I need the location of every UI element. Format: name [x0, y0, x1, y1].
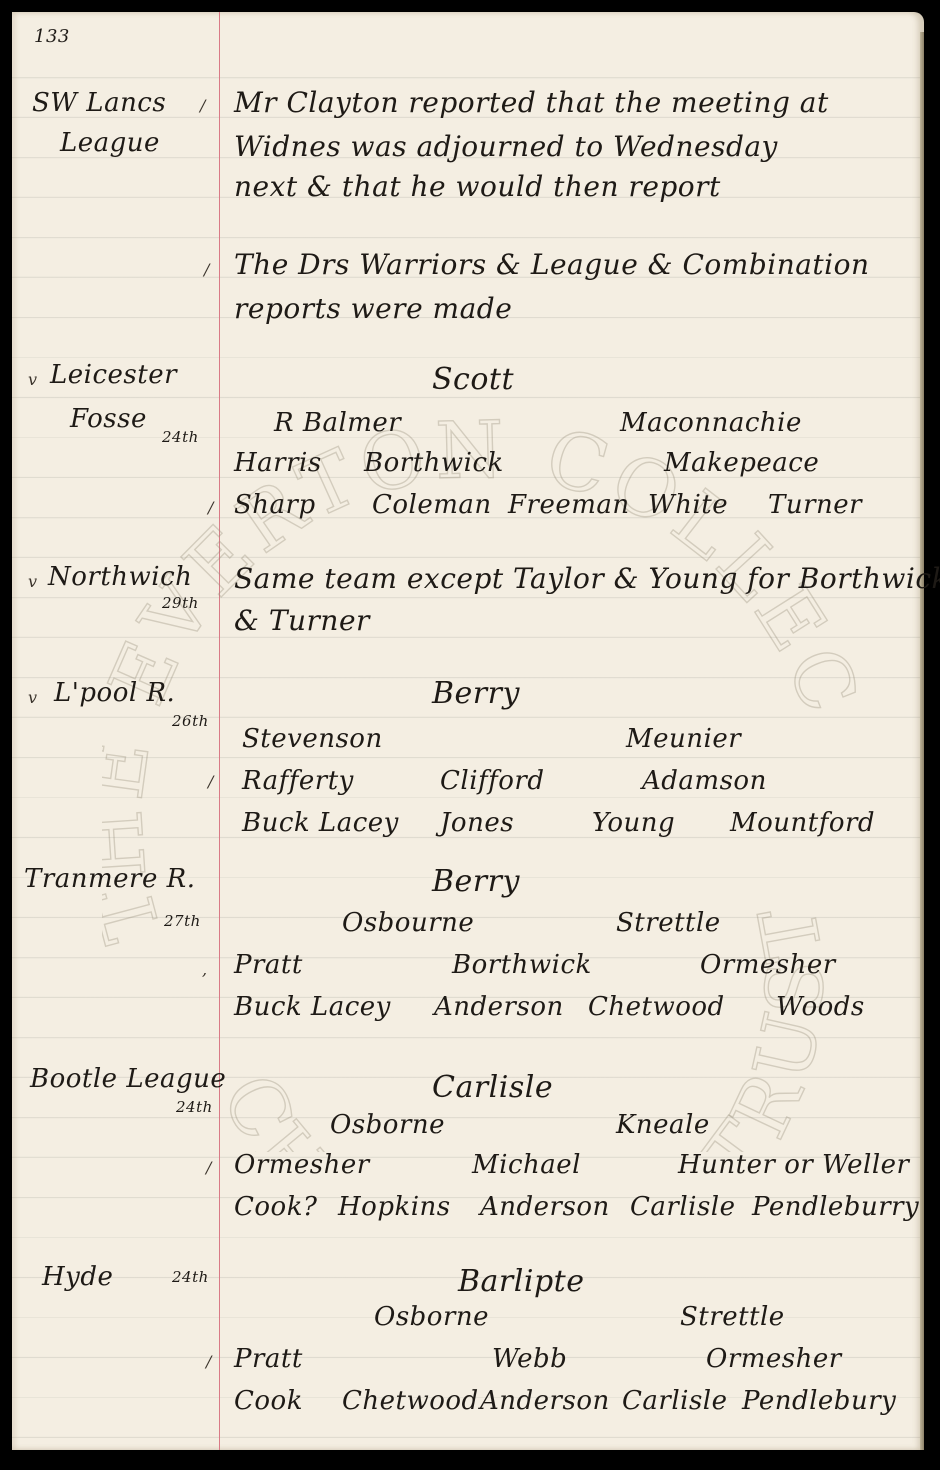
player-name: Hopkins [338, 1192, 451, 1222]
player-name: Michael [472, 1150, 581, 1180]
player-name: R Balmer [274, 408, 401, 438]
player-name: Chetwood [588, 992, 725, 1022]
player-name: Anderson [434, 992, 564, 1022]
player-name: Meunier [626, 724, 741, 754]
player-name: Cook [234, 1386, 303, 1416]
margin-note: Leicester [50, 360, 177, 390]
player-name: Mountford [730, 808, 875, 838]
margin-note: SW Lancs [32, 88, 166, 118]
player-name: Pratt [234, 1344, 303, 1374]
player-name: Maconnachie [620, 408, 802, 438]
player-name: Sharp [234, 490, 316, 520]
minute-line: next & that he would then report [234, 170, 721, 203]
minute-line: Widnes was adjourned to Wednesday [234, 130, 778, 163]
margin-note: Fosse [70, 404, 147, 434]
match-date: 24th [172, 1268, 209, 1286]
player-name: Osborne [374, 1302, 489, 1332]
minute-line: Same team except Taylor & Young for Bort… [234, 562, 940, 595]
margin-note: Bootle League [30, 1064, 226, 1094]
player-name: Pendlebury [742, 1386, 896, 1416]
watermark: THE EVERTON COLLECTION CHARITABLE TRUST [102, 372, 862, 1152]
player-name: Strettle [616, 908, 721, 938]
player-name: Woods [776, 992, 865, 1022]
referee-name: Carlisle [432, 1070, 553, 1105]
player-name: Borthwick [364, 448, 504, 478]
player-name: Carlisle [622, 1386, 728, 1416]
player-name: Pendleburry [752, 1192, 919, 1222]
player-name: Harris [234, 448, 322, 478]
page-number: 133 [34, 26, 70, 47]
referee-name: Berry [432, 676, 520, 711]
tick-mark: / [206, 1352, 212, 1371]
player-name: Anderson [480, 1192, 610, 1222]
minute-line: & Turner [234, 604, 370, 637]
ledger-page: THE EVERTON COLLECTION CHARITABLE TRUST … [12, 12, 924, 1450]
player-name: Buck Lacey [242, 808, 399, 838]
match-date: 24th [176, 1098, 213, 1116]
player-name: Ormesher [234, 1150, 370, 1180]
player-name: Cook? [234, 1192, 317, 1222]
player-name: Hunter or Weller [678, 1150, 909, 1180]
player-name: Buck Lacey [234, 992, 391, 1022]
player-name: Carlisle [630, 1192, 736, 1222]
margin-note: Tranmere R. [24, 864, 195, 894]
player-name: Stevenson [242, 724, 383, 754]
check-mark: v [28, 572, 38, 591]
player-name: Kneale [616, 1110, 710, 1140]
player-name: Turner [768, 490, 862, 520]
player-name: Coleman [372, 490, 492, 520]
tick-mark: / [208, 772, 214, 791]
player-name: Webb [492, 1344, 567, 1374]
player-name: Anderson [480, 1386, 610, 1416]
match-date: 24th [162, 428, 199, 446]
player-name: Freeman [508, 490, 630, 520]
tick-mark: / [200, 96, 206, 115]
player-name: Young [592, 808, 675, 838]
page-edge [920, 32, 924, 1450]
tick-mark: / [208, 498, 214, 517]
player-name: Clifford [440, 766, 545, 796]
player-name: Ormesher [706, 1344, 842, 1374]
player-name: Osbourne [342, 908, 474, 938]
referee-name: Scott [432, 362, 514, 397]
margin-note: L'pool R. [54, 678, 175, 708]
player-name: Ormesher [700, 950, 836, 980]
match-date: 29th [162, 594, 199, 612]
check-mark: v [28, 688, 38, 707]
margin-note: Northwich [48, 562, 192, 592]
player-name: Osborne [330, 1110, 445, 1140]
tick-mark: / [206, 1158, 212, 1177]
player-name: Strettle [680, 1302, 785, 1332]
match-date: 26th [172, 712, 209, 730]
player-name: Rafferty [242, 766, 354, 796]
player-name: Borthwick [452, 950, 592, 980]
player-name: Adamson [642, 766, 767, 796]
referee-name: Barlipte [458, 1264, 584, 1299]
margin-note: League [60, 128, 160, 158]
svg-text:CHARITABLE TRUST: CHARITABLE TRUST [203, 894, 841, 1152]
minute-line: reports were made [234, 292, 512, 325]
tick-mark: / [204, 260, 210, 279]
player-name: Jones [440, 808, 514, 838]
margin-note: Hyde [42, 1262, 113, 1292]
minute-line: The Drs Warriors & League & Combination [234, 248, 870, 281]
margin-rule [219, 12, 220, 1450]
player-name: Pratt [234, 950, 303, 980]
tick-mark: , [202, 960, 208, 979]
watermark-line2: CHARITABLE TRUST [203, 894, 841, 1152]
referee-name: Berry [432, 864, 520, 899]
player-name: Makepeace [664, 448, 819, 478]
player-name: Chetwood [342, 1386, 479, 1416]
match-date: 27th [164, 912, 201, 930]
minute-line: Mr Clayton reported that the meeting at [234, 86, 829, 119]
check-mark: v [28, 370, 38, 389]
player-name: White [648, 490, 728, 520]
